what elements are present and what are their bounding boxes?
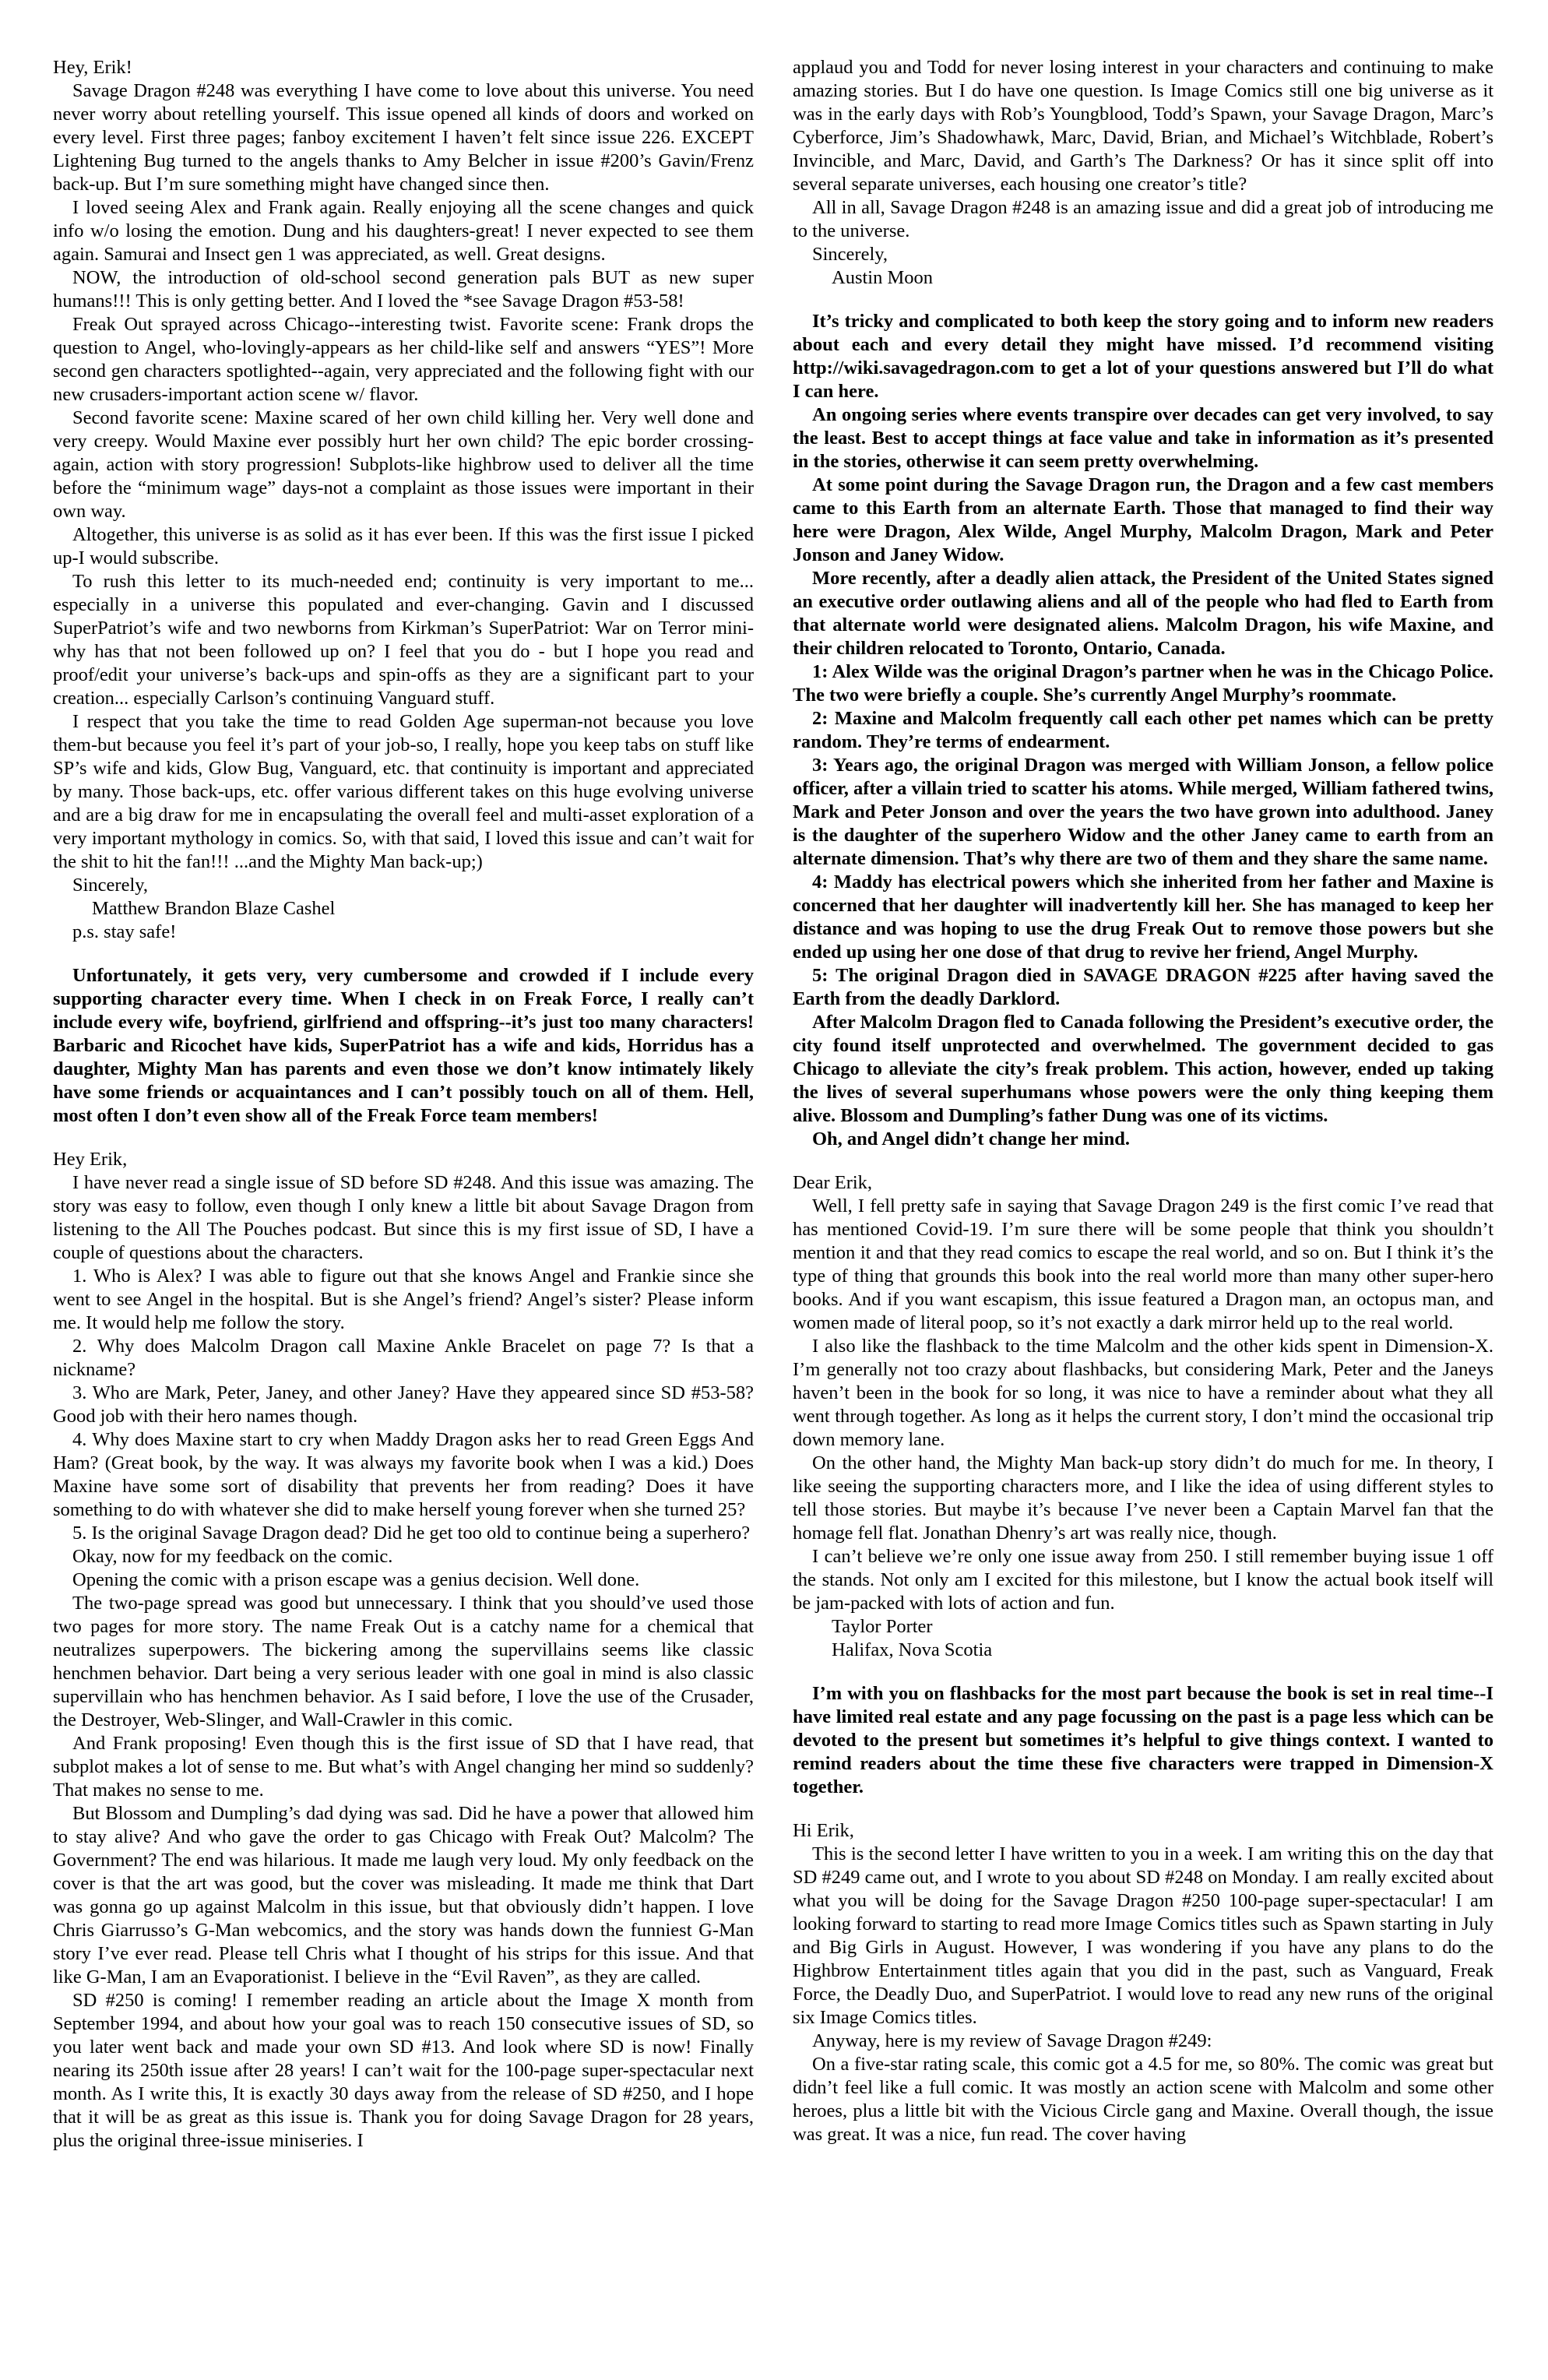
letter-paragraph: Savage Dragon #248 was everything I have…	[53, 79, 754, 196]
editor-reply-paragraph: 5: The original Dragon died in SAVAGE DR…	[793, 964, 1493, 1011]
letter-paragraph: Okay, now for my feedback on the comic.	[53, 1545, 754, 1568]
letter-paragraph: 4. Why does Maxine start to cry when Mad…	[53, 1428, 754, 1522]
letter-gap	[793, 1662, 1493, 1682]
letter-paragraph: I respect that you take the time to read…	[53, 710, 754, 874]
editor-reply-paragraph: 2: Maxine and Malcolm frequently call ea…	[793, 707, 1493, 754]
letter-paragraph: And Frank proposing! Even though this is…	[53, 1732, 754, 1802]
letter-paragraph: All in all, Savage Dragon #248 is an ama…	[793, 196, 1493, 243]
letter-paragraph: 1. Who is Alex? I was able to figure out…	[53, 1265, 754, 1335]
letter-signoff: Sincerely,	[793, 243, 1493, 266]
text-column-right: applaud you and Todd for never losing in…	[793, 56, 1493, 2146]
letter-paragraph: On a five-star rating scale, this comic …	[793, 2053, 1493, 2146]
letter-paragraph: Altogether, this universe is as solid as…	[53, 523, 754, 570]
editor-reply-paragraph: I’m with you on flashbacks for the most …	[793, 1682, 1493, 1799]
letter-gap	[793, 290, 1493, 310]
editor-reply-paragraph: 4: Maddy has electrical powers which she…	[793, 871, 1493, 964]
letter-paragraph: Well, I fell pretty safe in saying that …	[793, 1195, 1493, 1335]
letter-paragraph: Opening the comic with a prison escape w…	[53, 1568, 754, 1592]
letter-paragraph: On the other hand, the Mighty Man back-u…	[793, 1452, 1493, 1545]
letter-paragraph: But Blossom and Dumpling’s dad dying was…	[53, 1802, 754, 1989]
letter-paragraph: I loved seeing Alex and Frank again. Rea…	[53, 196, 754, 266]
editor-reply-paragraph: Oh, and Angel didn’t change her mind.	[793, 1128, 1493, 1151]
letter-paragraph: 5. Is the original Savage Dragon dead? D…	[53, 1522, 754, 1545]
letter-greeting: Hey, Erik!	[53, 56, 754, 79]
letter-signature-name: Austin Moon	[793, 266, 1493, 290]
letter-paragraph: NOW, the introduction of old-school seco…	[53, 266, 754, 313]
letter-paragraph: Second favorite scene: Maxine scared of …	[53, 407, 754, 523]
letter-paragraph: SD #250 is coming! I remember reading an…	[53, 1989, 754, 2153]
editor-reply-paragraph: At some point during the Savage Dragon r…	[793, 474, 1493, 567]
letter-signoff: Sincerely,	[53, 874, 754, 897]
editor-reply-paragraph: An ongoing series where events transpire…	[793, 403, 1493, 474]
letter-paragraph: 2. Why does Malcolm Dragon call Maxine A…	[53, 1335, 754, 1382]
editor-reply-paragraph: 1: Alex Wilde was the original Dragon’s …	[793, 660, 1493, 707]
editor-reply-paragraph: 3: Years ago, the original Dragon was me…	[793, 754, 1493, 871]
letter-signature-name: Halifax, Nova Scotia	[793, 1639, 1493, 1662]
letter-paragraph-continued: applaud you and Todd for never losing in…	[793, 56, 1493, 196]
letter-paragraph: 3. Who are Mark, Peter, Janey, and other…	[53, 1382, 754, 1428]
letter-greeting: Dear Erik,	[793, 1171, 1493, 1195]
letter-signoff: p.s. stay safe!	[53, 921, 754, 944]
letter-greeting: Hi Erik,	[793, 1819, 1493, 1843]
editor-reply-paragraph: More recently, after a deadly alien atta…	[793, 567, 1493, 660]
letter-paragraph: I have never read a single issue of SD b…	[53, 1171, 754, 1265]
letter-gap	[793, 1151, 1493, 1171]
letter-signature-name: Matthew Brandon Blaze Cashel	[53, 897, 754, 921]
letter-signature-name: Taylor Porter	[793, 1615, 1493, 1639]
letter-paragraph: This is the second letter I have written…	[793, 1843, 1493, 2030]
letter-greeting: Hey Erik,	[53, 1148, 754, 1171]
letter-paragraph: Freak Out sprayed across Chicago--intere…	[53, 313, 754, 407]
text-column-left: Hey, Erik!Savage Dragon #248 was everyth…	[53, 56, 754, 2153]
letters-page: Hey, Erik!Savage Dragon #248 was everyth…	[0, 0, 1548, 2380]
editor-reply-paragraph: After Malcolm Dragon fled to Canada foll…	[793, 1011, 1493, 1128]
letter-paragraph: Anyway, here is my review of Savage Drag…	[793, 2030, 1493, 2053]
letter-paragraph: I can’t believe we’re only one issue awa…	[793, 1545, 1493, 1615]
letter-gap	[53, 944, 754, 964]
editor-reply-paragraph: Unfortunately, it gets very, very cumber…	[53, 964, 754, 1128]
letter-paragraph: I also like the flashback to the time Ma…	[793, 1335, 1493, 1452]
editor-reply-paragraph: It’s tricky and complicated to both keep…	[793, 310, 1493, 403]
letter-gap	[53, 1128, 754, 1148]
letter-gap	[793, 1799, 1493, 1819]
letter-paragraph: The two-page spread was good but unneces…	[53, 1592, 754, 1732]
letter-paragraph: To rush this letter to its much-needed e…	[53, 570, 754, 710]
